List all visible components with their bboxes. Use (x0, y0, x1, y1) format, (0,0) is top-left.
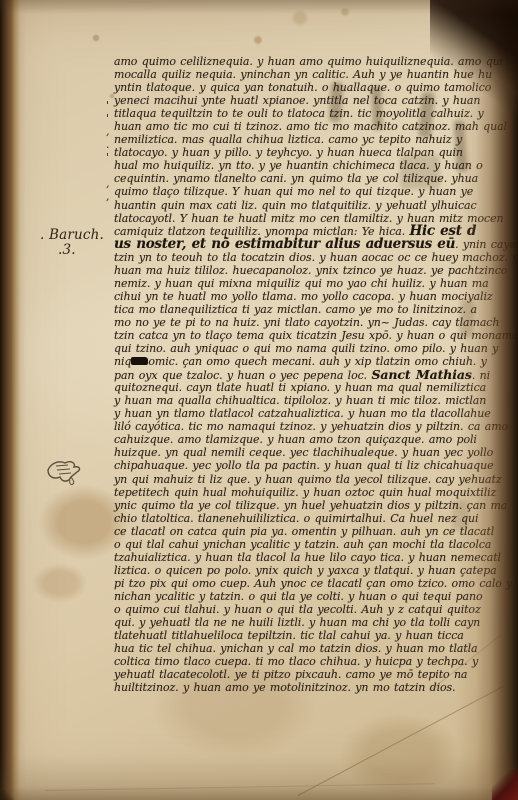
nahuatl-text: nemiliztica. mas qualla chihua liztica. … (114, 133, 462, 146)
nahuatl-text: niq (114, 355, 131, 368)
margin-tick: ' (106, 112, 109, 125)
book-fore-edge (0, 0, 26, 800)
nahuatl-text: tica mo tlanequiliztica ti yaz mictlan. … (114, 303, 477, 316)
nahuatl-text: pan oyx que tzaloc. y huan o yec pepena … (114, 369, 371, 382)
nahuatl-text: ce tlacatl on catca quin pia ya. omentin… (114, 525, 494, 538)
nahuatl-text: mo no ye te pi to na huiz. yni tlato cay… (114, 316, 499, 329)
nahuatl-text: cihui yn te huatl mo yollo tlama. mo yol… (114, 290, 493, 303)
nahuatl-text: hua tic tel chihua. ynichan y cal mo tat… (114, 642, 478, 655)
nahuatl-text: nichan ycalitic y tatzin. o qui tla ye c… (114, 590, 483, 603)
margin-chapter: .3. (58, 243, 104, 258)
nahuatl-text: huantin quin max cati liz. quin mo tlatq… (114, 199, 477, 212)
nahuatl-text: liztica. o quicen po polo. ynix quich y … (114, 564, 497, 577)
nahuatl-text: cahuizque. amo tlamizque. y huan amo tzo… (114, 433, 477, 446)
nahuatl-text: quitoznequi. cayn tlate huatl ti xpiano.… (114, 381, 486, 394)
nahuatl-text: y huan yn tlamo tlatlacol catzahualiztic… (114, 407, 491, 420)
nahuatl-text: huan amo tic mo cui ti tzinoz. amo tic m… (114, 120, 507, 133)
nahuatl-text: cequintin. ynamo tlanelto cani. yn quimo… (114, 172, 478, 185)
manicule-icon (44, 456, 88, 490)
nahuatl-text: quimo tlaço tilizque. Y huan qui mo nel … (114, 185, 473, 198)
nahuatl-text: tepetitech quin hual mohuiquiliz. y huan… (114, 486, 496, 499)
nahuatl-text: yeneci macihui ynte huatl xpianoe. yntit… (114, 94, 480, 107)
margin-tick: ' (106, 151, 109, 164)
bottom-edge-shadow (0, 754, 518, 800)
manuscript-page-photo: amo quimo celiliznequia. y huan amo quim… (0, 0, 518, 800)
margin-reference: . Baruch. (40, 228, 104, 243)
nahuatl-text: titlaqua tequiltzin to te ouli to tlatoc… (114, 107, 484, 120)
nahuatl-text: o qui tlal cahui ynichan ycalitic y tatz… (114, 538, 491, 551)
nahuatl-text: nemiz. y huan qui mixna miquiliz qui mo … (114, 277, 489, 290)
book-cover-corner (492, 770, 518, 800)
nahuatl-text: omic. çan omo quech mecani. auh y xip tl… (148, 355, 486, 368)
margin-tick: , (106, 125, 110, 138)
nahuatl-text: o quimo cui tlahui. y huan o qui tla yec… (114, 603, 481, 616)
nahuatl-text: hual mo huiquiliz. yn tto. y ye huantin … (114, 159, 483, 172)
nahuatl-text: y huan ma qualla chihualtica. tipiloloz.… (114, 394, 486, 407)
nahuatl-text: yehuatl tlacatecolotl. ye ti pitzo pixca… (114, 668, 467, 681)
nahuatl-text: liló cayótica. tic mo namaqui tzinoz. y … (114, 420, 508, 433)
nahuatl-text: qui. y yehuatl tla ne ne huili liztli. y… (114, 616, 480, 629)
top-edge-shadow (0, 0, 518, 14)
nahuatl-text: coltica timo tlaco cuepa. ti mo tlaco ch… (114, 655, 478, 668)
top-right-corner-shadow (430, 0, 518, 118)
nahuatl-text: pi tzo pix qui omo cuep. Auh ynoc ce tla… (114, 577, 512, 590)
nahuatl-text: huizque. yn qual nemili ceque. yec tlach… (114, 446, 493, 459)
nahuatl-text: qui tzino. auh yniquac o qui mo nama qui… (114, 342, 498, 355)
page-curl-shadow (456, 0, 518, 800)
nahuatl-text: tlatehuatl titlahueliloca tepiltzin. tic… (114, 629, 464, 642)
nahuatl-text: huiltitzinoz. y huan amo ye motolinitzin… (114, 681, 455, 694)
margin-tick: . (106, 138, 110, 151)
ink-blot (131, 357, 148, 365)
nahuatl-text: tlatocayo. y huan y pillo. y teyhcyo. y … (114, 146, 463, 159)
nahuatl-text: yn qui mahuiz ti liz que. y huan quimo t… (114, 473, 502, 486)
margin-tick: , (106, 190, 110, 203)
nahuatl-text: huan ma huiz tililoz. huecapanoloz. ynix… (114, 264, 507, 277)
margin-tick: , (106, 177, 110, 190)
margin-annotations: . Baruch. .3. (40, 228, 104, 258)
margin-tick: ' (106, 99, 109, 112)
nahuatl-text: tzahuializtica. y huan tla tlacol la hue… (114, 551, 501, 564)
nahuatl-text: chipahuaque. yec yollo tla pa pactin. y … (114, 459, 493, 472)
nahuatl-text: ynic quimo tla ye col tilizque. yn huel … (114, 499, 507, 512)
latin-quote-text: us noster, et nō estimabitur alius aduer… (114, 236, 455, 252)
nahuatl-text: chio tlatoltica. tlanenehuililiztica. o … (114, 512, 478, 525)
bottom-left-corner-shadow (0, 790, 14, 800)
